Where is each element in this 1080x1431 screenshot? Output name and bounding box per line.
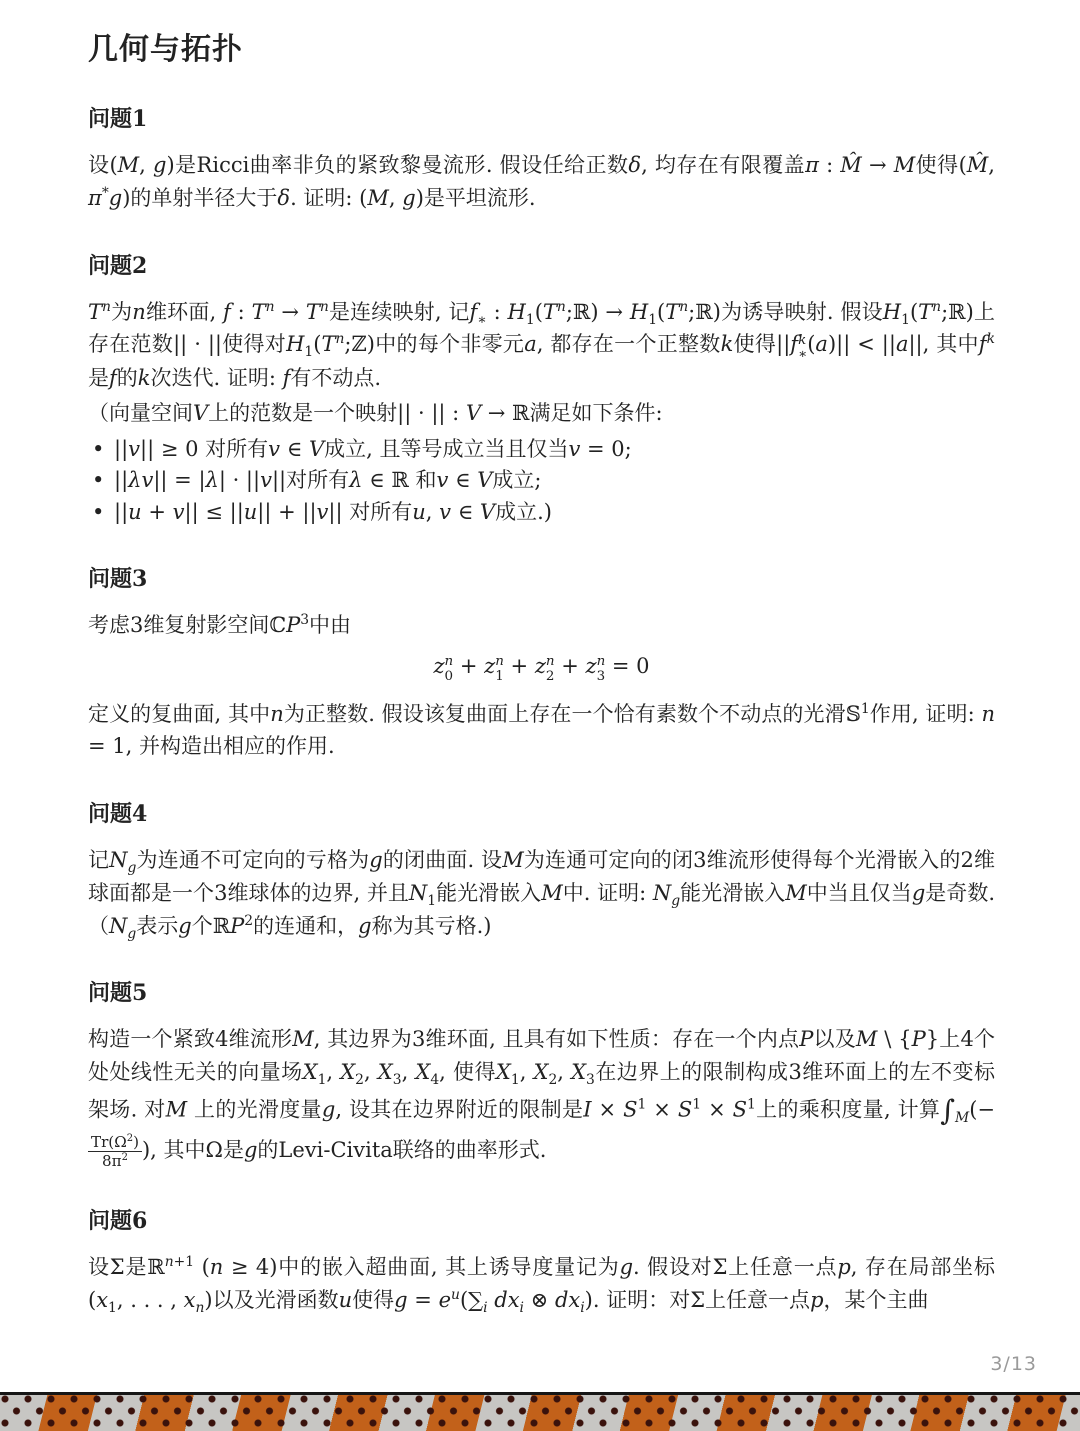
- decorative-striped-banner: [0, 1392, 1080, 1431]
- problem-5-heading: 问题5: [88, 976, 995, 1007]
- problem-3-body: 定义的复曲面, 其中n为正整数. 假设该复曲面上存在一个恰有素数个不动点的光滑𝕊…: [88, 698, 995, 764]
- problem-2: 问题2 Tn为n维环面, f : Tn → Tn是连续映射, 记f∗ : H1(…: [88, 249, 995, 529]
- problem-1-heading: 问题1: [88, 102, 995, 133]
- problem-2-note-intro: （向量空间V上的范数是一个映射|| · || : V → ℝ满足如下条件:: [88, 397, 995, 430]
- problem-1: 问题1 设(M, g)是Ricci曲率非负的紧致黎曼流形. 假设任给正数δ, 均…: [88, 102, 995, 215]
- page-number: 3/13: [990, 1353, 1037, 1375]
- problem-6-body: 设Σ是ℝn+1 (n ≥ 4)中的嵌入超曲面, 其上诱导度量记为g. 假设对Σ上…: [88, 1251, 995, 1317]
- problem-5: 问题5 构造一个紧致4维流形M, 其边界为3维环面, 且具有如下性质：存在一个内…: [88, 976, 995, 1170]
- norm-axioms-list: ||v|| ≥ 0 对所有v ∈ V成立, 且等号成立当且仅当v = 0; ||…: [88, 434, 995, 529]
- norm-axiom-2: ||λv|| = |λ| · ||v||对所有λ ∈ ℝ 和v ∈ V成立;: [88, 465, 995, 497]
- problem-3: 问题3 考虑3维复射影空间ℂP3中由 zn0 + zn1 + zn2 + zn3…: [88, 562, 995, 763]
- problem-5-body: 构造一个紧致4维流形M, 其边界为3维环面, 且具有如下性质：存在一个内点P以及…: [88, 1023, 995, 1170]
- problem-3-intro: 考虑3维复射影空间ℂP3中由: [88, 609, 995, 642]
- problem-2-heading: 问题2: [88, 249, 995, 280]
- page-title: 几何与拓扑: [88, 24, 995, 68]
- problem-4-heading: 问题4: [88, 797, 995, 828]
- norm-axiom-3: ||u + v|| ≤ ||u|| + ||v|| 对所有u, v ∈ V成立.…: [88, 497, 995, 529]
- problem-2-body: Tn为n维环面, f : Tn → Tn是连续映射, 记f∗ : H1(Tn;ℝ…: [88, 296, 995, 395]
- norm-axiom-1: ||v|| ≥ 0 对所有v ∈ V成立, 且等号成立当且仅当v = 0;: [88, 434, 995, 466]
- problem-6-heading: 问题6: [88, 1204, 995, 1235]
- problem-1-body: 设(M, g)是Ricci曲率非负的紧致黎曼流形. 假设任给正数δ, 均存在有限…: [88, 149, 995, 215]
- problem-3-display-formula: zn0 + zn1 + zn2 + zn3 = 0: [88, 654, 995, 684]
- page-content: 几何与拓扑 问题1 设(M, g)是Ricci曲率非负的紧致黎曼流形. 假设任给…: [0, 0, 1080, 1317]
- problem-3-heading: 问题3: [88, 562, 995, 593]
- document-page: 几何与拓扑 问题1 设(M, g)是Ricci曲率非负的紧致黎曼流形. 假设任给…: [0, 0, 1080, 1431]
- problem-4-body: 记Ng为连通不可定向的亏格为g的闭曲面. 设M为连通可定向的闭3维流形使得每个光…: [88, 844, 995, 942]
- problem-6: 问题6 设Σ是ℝn+1 (n ≥ 4)中的嵌入超曲面, 其上诱导度量记为g. 假…: [88, 1204, 995, 1317]
- problem-4: 问题4 记Ng为连通不可定向的亏格为g的闭曲面. 设M为连通可定向的闭3维流形使…: [88, 797, 995, 942]
